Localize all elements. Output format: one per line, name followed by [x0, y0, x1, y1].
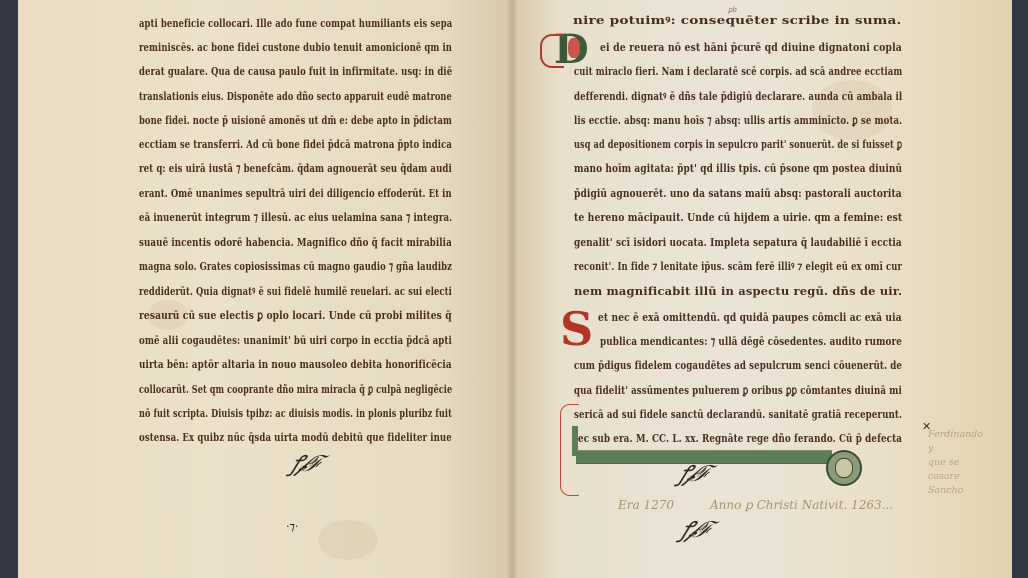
ink-mark: ·⁊· [286, 520, 298, 533]
text-line: eā inuenerūt integrum ⁊ illesū. ac eius … [139, 210, 452, 224]
text-line: reddiderūt. Quia dignatꝰ ē sui fidelē hu… [139, 284, 452, 299]
text-line: derat gualare. Qua de causa paulo fuit i… [139, 64, 452, 78]
margin-note-line: que se casare [928, 456, 988, 484]
background-left [0, 0, 18, 578]
text-line: collocarūt. Set qm cooprante dño mira mi… [139, 382, 452, 396]
text-line: mano hoīm agitata: p̄pt' qd illis tpis. … [574, 161, 902, 175]
text-line: ei de reuera nō est hāni p̄curē qd diuin… [600, 40, 902, 54]
text-line: magna solo. Grates copiosissimas cū magn… [139, 259, 452, 273]
background-right [1012, 0, 1028, 578]
margin-note-line: Sancho [928, 484, 988, 498]
text-line: sericā ad sui fidele sanctū declarandū. … [574, 407, 902, 421]
text-line: ret q: eis uirā iustā ⁊ benefcām. q̄dam … [139, 161, 452, 175]
text-line: genalit' scī isidori uocata. Impleta sep… [574, 235, 902, 249]
initial-inner-decoration [568, 38, 580, 58]
text-line: cum p̄digus fidelem cogaudētes ad sepulc… [574, 358, 902, 372]
anno-annotation: Anno ꝑ Christi Nativit. 1263... [710, 498, 893, 512]
text-line: apti beneficie collocari. Ille ado fune … [139, 16, 452, 30]
text-line: nō fuit scripta. Diuisis tpibz: ac diuis… [139, 406, 452, 420]
text-line: ostensa. Ex quibz nūc q̄sda uirta modū d… [139, 430, 452, 444]
text-line: usq ad depositionem corpis in sepulcro p… [574, 137, 902, 151]
text-line: nire potuimꝰ: consequēter scribe in suma… [573, 13, 901, 28]
margin-note: Ferdinando y que se casare Sancho [928, 428, 988, 498]
text-line: publica mendicantes: ⁊ ullā dēgē cōseden… [600, 334, 902, 348]
text-line: bone fidei. nocte p̄ uisionē amonēs ut d… [139, 113, 452, 127]
text-line: reconit'. In fide ⁊ lenitate ip̄us. scām… [574, 259, 902, 274]
text-line: lis ecctie. absq: manu hoīs ⁊ absq: ulli… [574, 113, 902, 127]
text-line: p̄digiū agnouerēt. uno da satans maiū ab… [574, 186, 902, 200]
text-line: ecctiam se transferri. Ad cū bone fidei … [139, 137, 452, 151]
text-line: et nec ē exā omittendū. qd quidā paupes … [598, 310, 902, 324]
text-line: defferendi. dignatꝰ ē dñs tale p̄digiū d… [574, 89, 902, 104]
text-line: cuit miraclo fieri. Nam i declaratē scē … [574, 64, 902, 78]
era-annotation: Era 1270 [618, 498, 674, 512]
text-line: translationis eius. Disponēte ado dño se… [139, 89, 452, 103]
face-icon [835, 458, 853, 478]
text-line: suauē incentis odorē habencia. Magnifico… [139, 235, 452, 249]
margin-note-line: Ferdinando y [928, 428, 988, 456]
text-line: uirta bēn: aptōr altaria in nouo mausole… [139, 357, 452, 371]
text-line: resaurū cū sue electis ꝑ oplo locari. Un… [139, 308, 452, 322]
red-flourish [540, 34, 564, 68]
text-line: nem magnificabit illū in aspectu regū. d… [574, 284, 902, 298]
text-line: ec sub era. M. CC. L. xx. Regnāte rege d… [578, 431, 902, 445]
illuminated-initial-s: S [560, 306, 596, 358]
text-line: reminiscēs. ac bone fidei custone dubio … [139, 40, 452, 54]
text-line: qua fidelit' assūmentes puluerem ꝑ oribu… [574, 383, 902, 397]
text-line: erant. Omē unanimes sepultrā uiri dei di… [139, 186, 452, 200]
text-line: te hereno mācipauit. Unde cū hijdem a ui… [574, 210, 902, 224]
manuscript-spread: apti beneficie collocari. Ille ado fune … [0, 0, 1028, 578]
stain [318, 520, 378, 560]
binding-gutter [506, 0, 518, 578]
text-line: omē alii cogaudētes: unanimit' bū uiri c… [139, 333, 452, 347]
initial-letter: S [560, 302, 593, 356]
face-medallion [826, 450, 862, 486]
